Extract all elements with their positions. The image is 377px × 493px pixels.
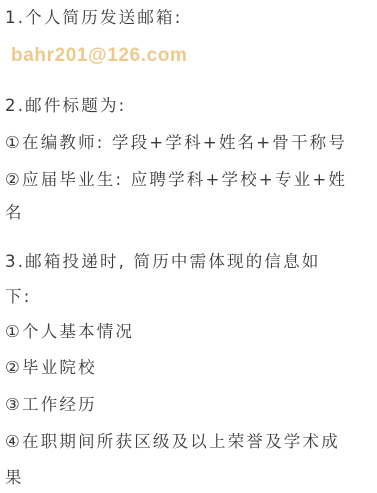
list-item: ②毕业院校 bbox=[5, 357, 97, 379]
list-item-continuation: 果 bbox=[5, 467, 24, 489]
email-address: bahr201@126.com bbox=[11, 45, 187, 67]
list-item: ②应届毕业生: 应聘学科+学校+专业+姓 bbox=[5, 169, 347, 191]
list-item: ④在职期间所获区级及以上荣誉及学术成 bbox=[5, 431, 340, 453]
list-item: ①在编教师: 学段+学科+姓名+骨干称号 bbox=[5, 132, 347, 154]
section-heading-1: 1.个人简历发送邮箱: bbox=[5, 7, 183, 29]
list-item: ①个人基本情况 bbox=[5, 321, 134, 343]
section-heading-3: 3.邮箱投递时, 简历中需体现的信息如 bbox=[5, 251, 321, 273]
list-item-continuation: 名 bbox=[5, 202, 24, 224]
section-heading-2: 2.邮件标题为: bbox=[5, 95, 126, 117]
section-heading-3-continuation: 下: bbox=[5, 286, 31, 308]
list-item: ③工作经历 bbox=[5, 394, 97, 416]
